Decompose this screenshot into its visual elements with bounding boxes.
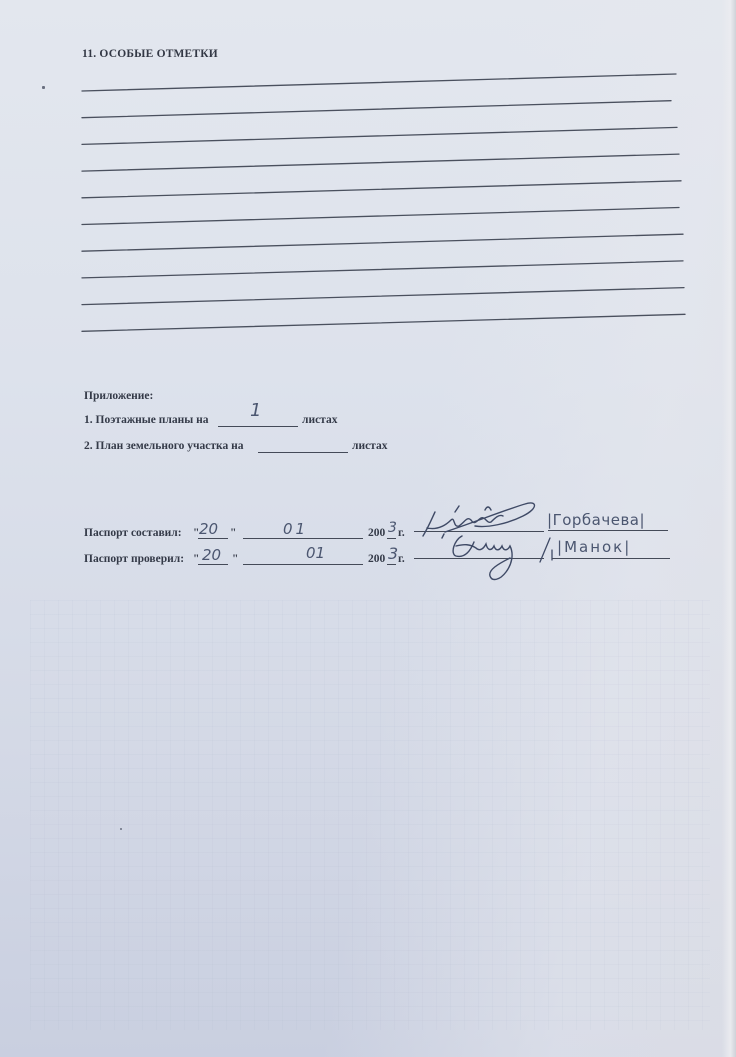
attachment-item-land-plan-suffix: листах	[352, 440, 387, 452]
checked-by-name: |Манок|	[557, 538, 631, 556]
name-bracket-left: |	[557, 538, 564, 556]
floor-plans-blank[interactable]	[218, 426, 298, 427]
checked-by-day-blank[interactable]	[198, 564, 228, 565]
compiled-by-year-unit: г.	[398, 527, 405, 539]
checked-by-close-quote: "	[232, 553, 238, 565]
attachments-heading: Приложение:	[84, 390, 153, 402]
ruled-line	[82, 314, 685, 331]
checked-by-month: 01	[306, 544, 325, 562]
attachment-item-floor-plans-label: 1. Поэтажные планы на	[84, 414, 208, 426]
ruled-line	[82, 154, 679, 171]
compiled-by-year-prefix: 200	[368, 527, 385, 539]
compiled-by-month-blank[interactable]	[243, 538, 363, 539]
ruled-line	[82, 74, 676, 91]
compiled-by-name-blank[interactable]	[548, 530, 668, 531]
compiled-by-year-suffix: 3	[388, 520, 397, 536]
checked-by-year-suffix: 3	[388, 544, 398, 563]
compiled-by-name: |Горбачева|	[547, 511, 645, 529]
ruled-line	[82, 288, 684, 305]
checked-by-day: 20	[202, 546, 221, 564]
checked-by-month-blank[interactable]	[243, 564, 363, 565]
attachment-item-land-plan-label: 2. План земельного участка на	[84, 440, 243, 452]
compiled-by-day: 20	[199, 520, 218, 538]
name-bracket-right: |	[624, 538, 631, 556]
ruled-line	[82, 261, 683, 278]
checked-by-signature	[440, 528, 550, 584]
checked-by-year-prefix: 200	[368, 553, 385, 565]
document-page: 11. ОСОБЫЕ ОТМЕТКИ Приложение: 1. Поэтаж…	[0, 0, 736, 1057]
ruled-line	[82, 181, 681, 198]
checked-by-year-blank[interactable]	[387, 564, 396, 565]
floor-plans-count: 1	[250, 400, 261, 421]
name-bracket-right: |	[639, 511, 645, 529]
checked-by-name-blank[interactable]	[552, 558, 670, 559]
checked-by-year-unit: г.	[398, 553, 405, 565]
attachment-item-floor-plans-suffix: листах	[302, 414, 337, 426]
checked-by-name-text: Манок	[564, 538, 624, 556]
compiled-by-month: 01	[283, 520, 308, 538]
ruled-line	[82, 101, 671, 118]
compiled-by-name-text: Горбачева	[553, 511, 640, 529]
compiled-by-day-blank[interactable]	[198, 538, 228, 539]
ruled-line	[82, 208, 679, 225]
compiled-by-year-blank[interactable]	[387, 538, 396, 539]
compiled-by-label: Паспорт составил:	[84, 527, 182, 539]
ruled-line	[82, 127, 677, 144]
ruled-line	[82, 234, 683, 251]
compiled-by-close-quote: "	[230, 527, 236, 539]
checked-by-slash-mark	[536, 536, 556, 564]
land-plan-blank[interactable]	[258, 452, 348, 453]
checked-by-label: Паспорт проверил:	[84, 553, 184, 565]
